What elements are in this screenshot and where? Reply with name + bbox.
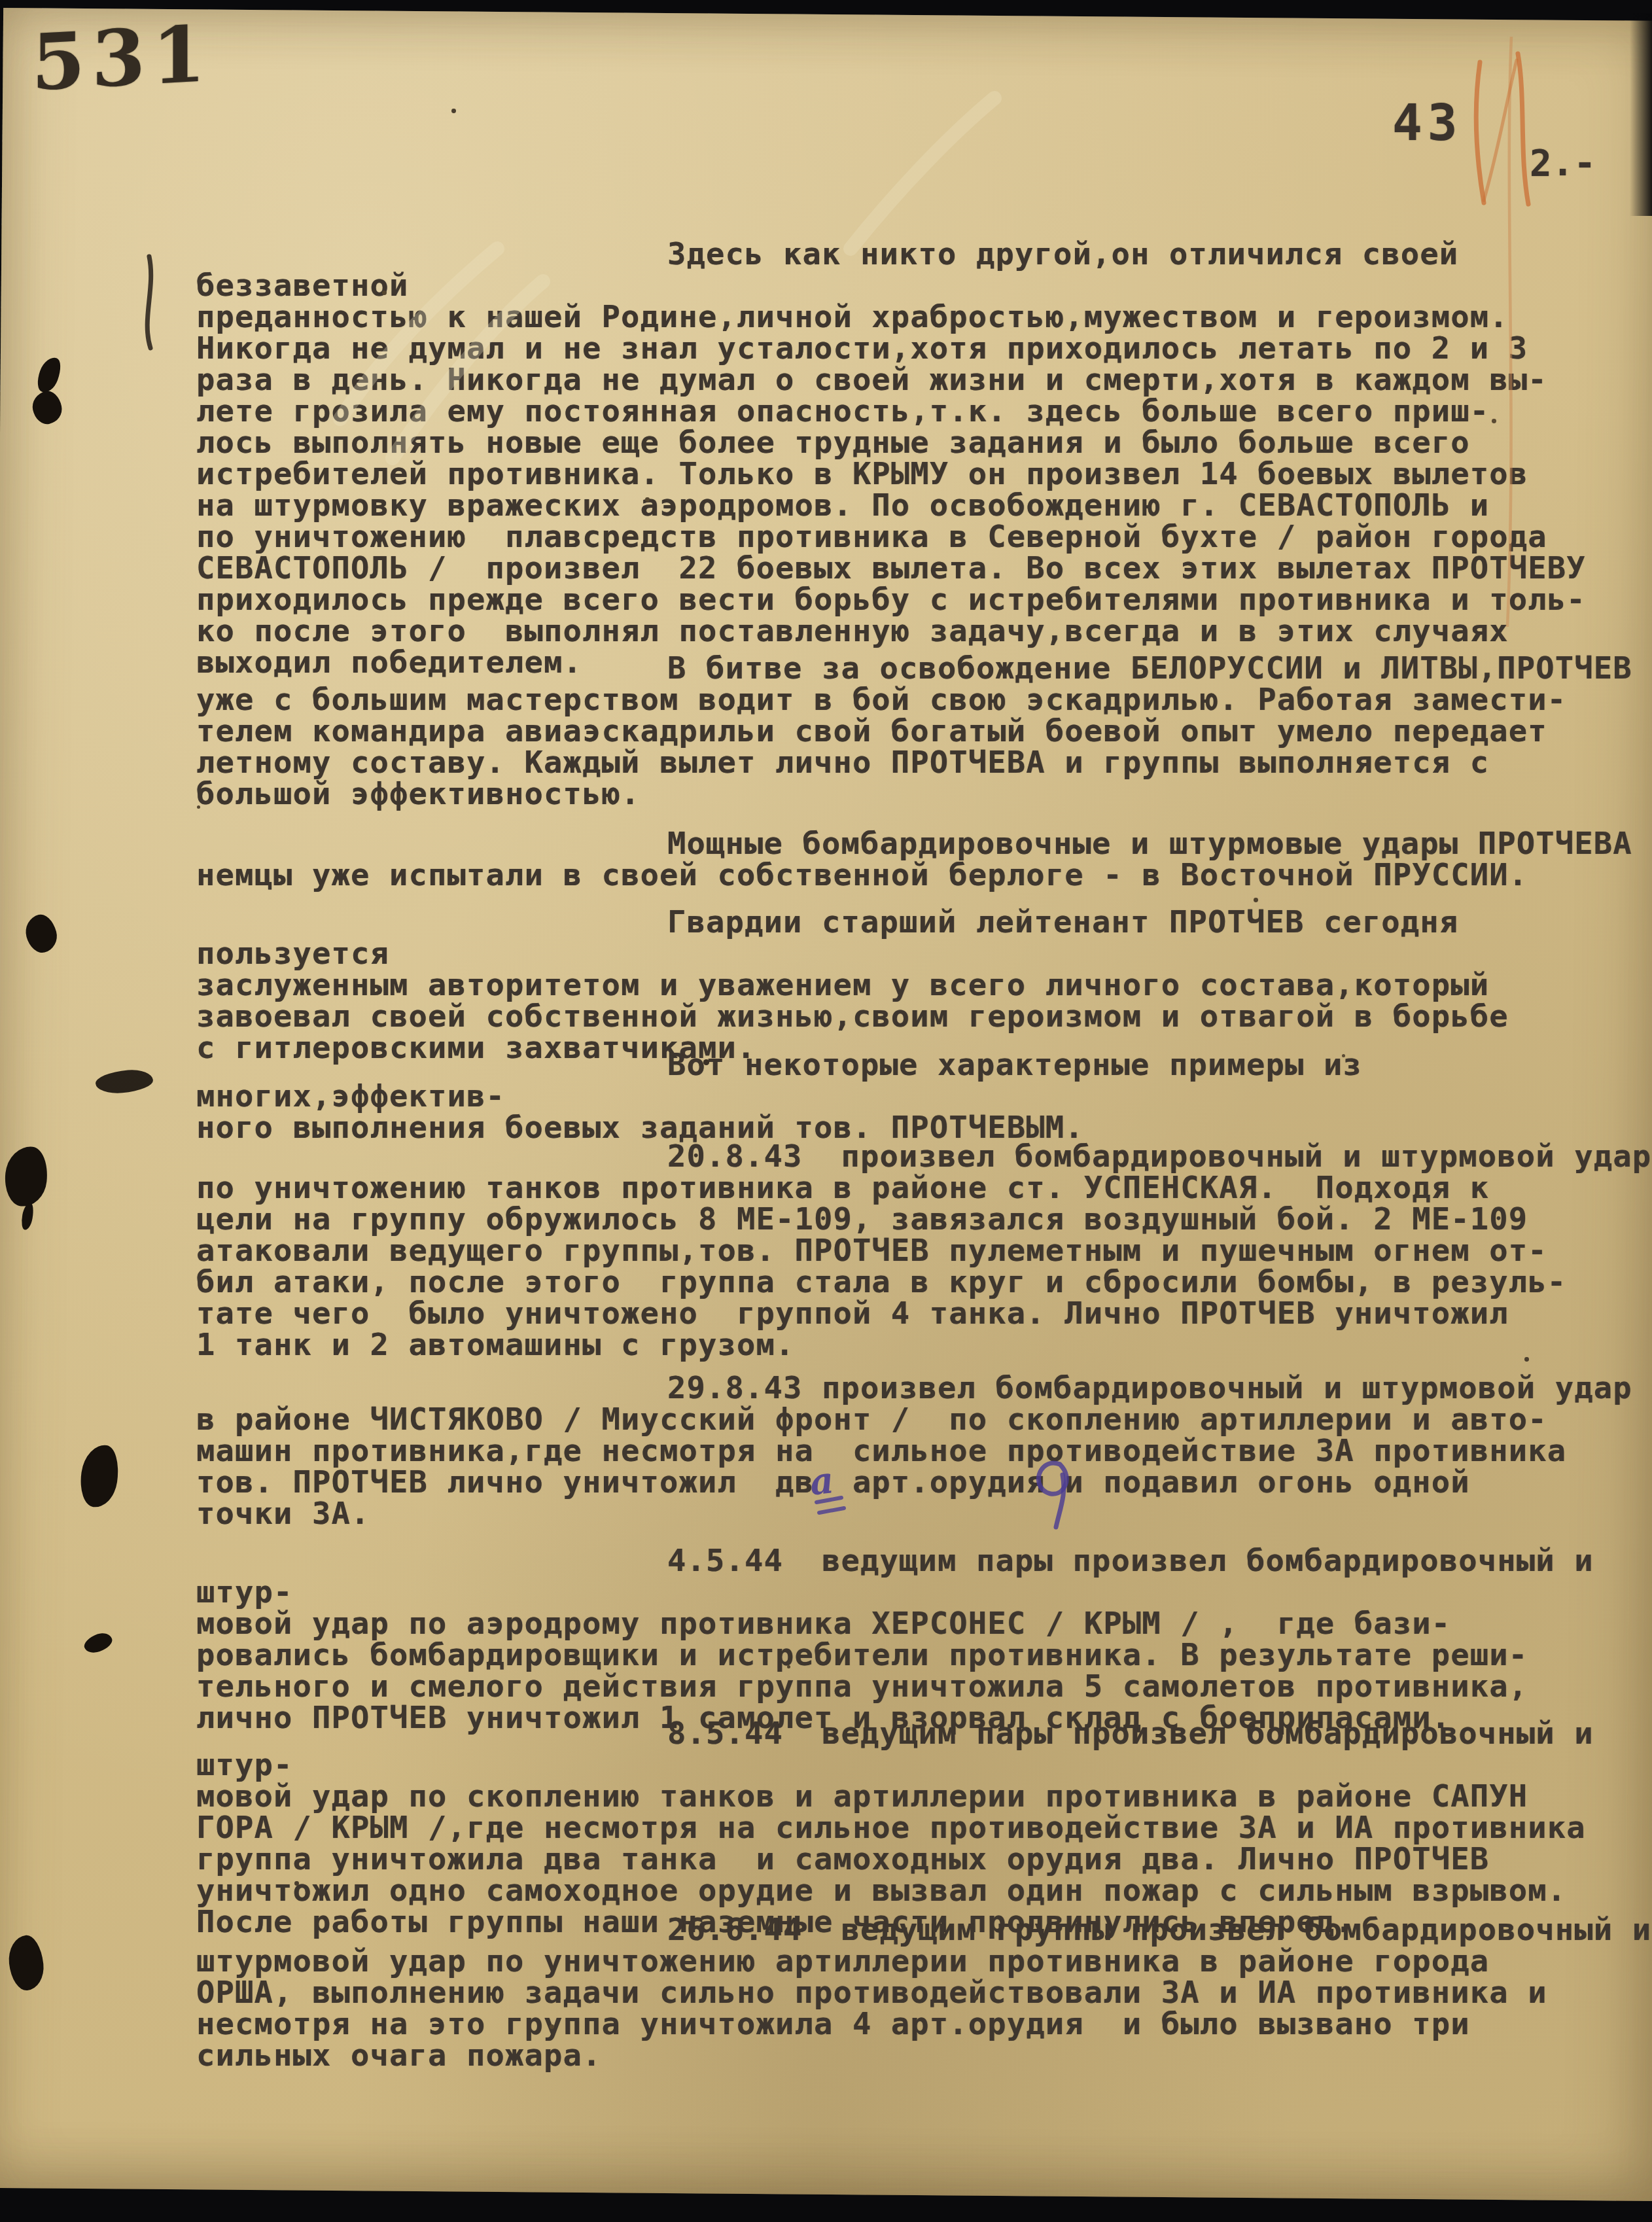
watermark-mark: [340, 98, 994, 458]
orange-pencil-mark: [1476, 54, 1528, 204]
purple-pen-mark: [817, 1463, 1066, 1527]
annotation-strokes: [0, 0, 1652, 2222]
crease-line: [1507, 37, 1511, 627]
ink-stroke: [147, 256, 151, 348]
scanned-document-page: { "page": { "archive_page_number": "531"…: [0, 0, 1652, 2222]
